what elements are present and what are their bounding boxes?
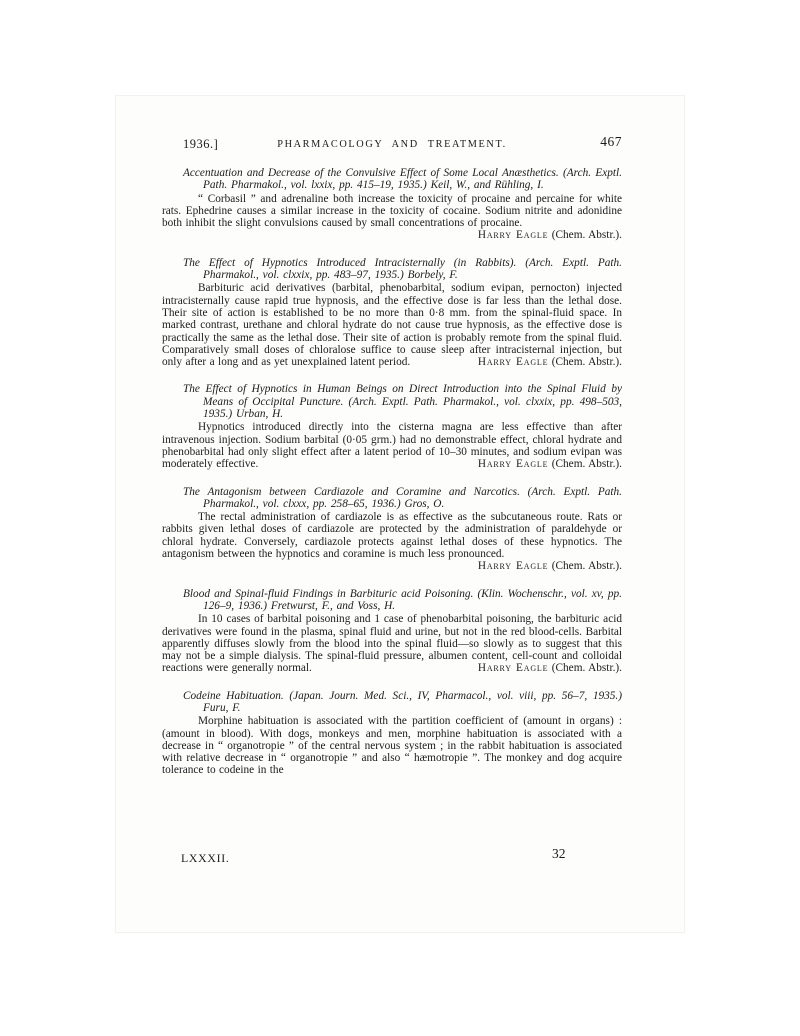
abstract-body: Hypnotics introduced directly into the c… (162, 421, 622, 470)
abstract-entry: The Antagonism between Cardiazole and Co… (162, 486, 622, 573)
journal-year: 1936.] (183, 138, 218, 150)
volume-mark: LXXXII. (181, 851, 229, 866)
attribution-source: (Chem. Abstr.). (552, 458, 622, 470)
attribution-reviewer: Harry Eagle (478, 458, 548, 470)
abstract-body: Barbituric acid derivatives (barbital, p… (162, 282, 622, 368)
running-title: PHARMACOLOGY AND TREATMENT. (162, 138, 622, 151)
abstract-body: In 10 cases of barbital poisoning and 1 … (162, 613, 622, 674)
attribution-source: (Chem. Abstr.). (552, 662, 622, 674)
abstract-body: The rectal administration of cardiazole … (162, 511, 622, 572)
abstract-entry: The Effect of Hypnotics Introduced Intra… (162, 257, 622, 369)
attribution-reviewer: Harry Eagle (478, 356, 548, 368)
abstract-body-text: Barbituric acid derivatives (barbital, p… (162, 282, 622, 368)
page-number: 467 (600, 136, 622, 148)
scanned-journal-page: 1936.] PHARMACOLOGY AND TREATMENT. 467 A… (0, 0, 800, 1036)
attribution-reviewer: Harry Eagle (478, 229, 548, 241)
abstract-entry: Codeine Habituation. (Japan. Journ. Med.… (162, 690, 622, 777)
abstract-body: Morphine habituation is associated with … (162, 715, 622, 776)
signature-mark: 32 (552, 846, 566, 862)
page-header: 1936.] PHARMACOLOGY AND TREATMENT. 467 (162, 138, 622, 153)
abstract-title: The Effect of Hypnotics in Human Beings … (162, 383, 622, 420)
abstract-entry: Blood and Spinal-fluid Findings in Barbi… (162, 588, 622, 675)
abstract-title: Blood and Spinal-fluid Findings in Barbi… (162, 588, 622, 613)
abstract-title: Codeine Habituation. (Japan. Journ. Med.… (162, 690, 622, 715)
abstract-attribution: Harry Eagle (Chem. Abstr.). (464, 458, 622, 470)
abstract-title: The Antagonism between Cardiazole and Co… (162, 486, 622, 511)
abstract-entry: The Effect of Hypnotics in Human Beings … (162, 383, 622, 470)
abstract-body-text: The rectal administration of cardiazole … (162, 511, 622, 560)
attribution-source: (Chem. Abstr.). (552, 560, 622, 572)
abstract-title: Accentuation and Decrease of the Convuls… (162, 167, 622, 192)
abstract-body-text: Morphine habituation is associated with … (162, 715, 622, 776)
abstract-attribution: Harry Eagle (Chem. Abstr.). (464, 560, 622, 572)
attribution-reviewer: Harry Eagle (478, 662, 548, 674)
abstract-attribution: Harry Eagle (Chem. Abstr.). (464, 356, 622, 368)
abstract-title: The Effect of Hypnotics Introduced Intra… (162, 257, 622, 282)
abstract-attribution: Harry Eagle (Chem. Abstr.). (464, 662, 622, 674)
abstract-body: “ Corbasil ” and adrenaline both increas… (162, 193, 622, 242)
text-column: 1936.] PHARMACOLOGY AND TREATMENT. 467 A… (162, 138, 622, 777)
attribution-source: (Chem. Abstr.). (552, 229, 622, 241)
abstract-body-text: “ Corbasil ” and adrenaline both increas… (162, 193, 622, 230)
abstract-attribution: Harry Eagle (Chem. Abstr.). (464, 229, 622, 241)
attribution-source: (Chem. Abstr.). (552, 356, 622, 368)
abstract-entry: Accentuation and Decrease of the Convuls… (162, 167, 622, 242)
attribution-reviewer: Harry Eagle (478, 560, 548, 572)
